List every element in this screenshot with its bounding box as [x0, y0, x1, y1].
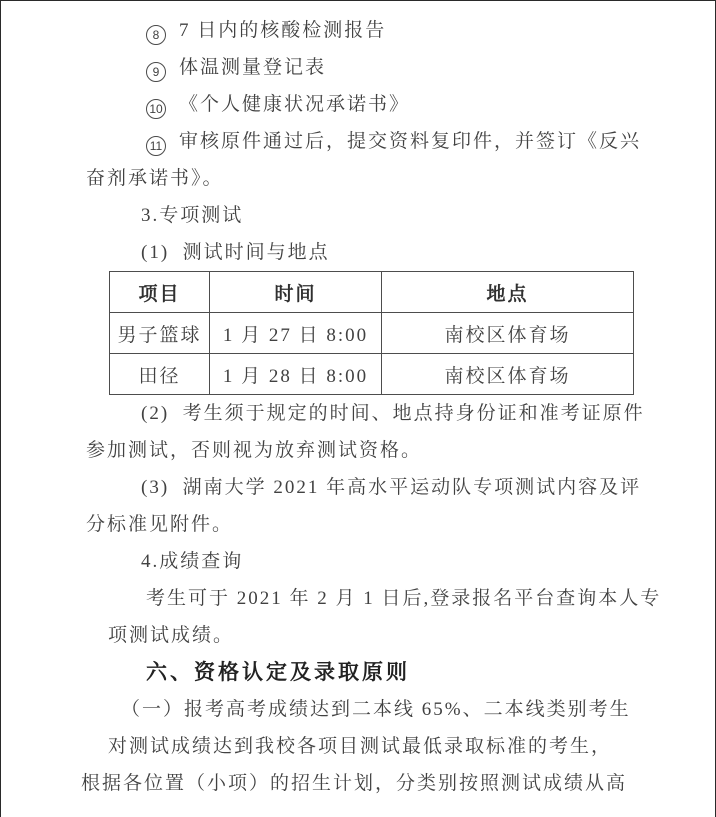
- subitem-1-title: (1) 测试时间与地点: [1, 234, 715, 271]
- table-cell-item: 田径: [110, 354, 210, 395]
- circled-number: 10: [146, 99, 166, 119]
- subitem-3-line: (3) 湖南大学 2021 年高水平运动队专项测试内容及评: [1, 469, 715, 506]
- paragraph-line: 考生可于 2021 年 2 月 1 日后,登录报名平台查询本人专: [1, 580, 715, 617]
- table-cell-item: 男子篮球: [110, 313, 210, 354]
- section-4-title: 4.成绩查询: [1, 543, 715, 580]
- paragraph-line: 项测试成绩。: [1, 617, 715, 654]
- circled-number: 9: [146, 62, 166, 82]
- checklist-item-9: 9体温测量登记表: [1, 49, 715, 86]
- table-header-location: 地点: [382, 272, 634, 313]
- checklist-item-text: 7 日内的核酸检测报告: [179, 20, 386, 41]
- table-header-time: 时间: [210, 272, 382, 313]
- section-3-title: 3.专项测试: [1, 197, 715, 234]
- circled-number: 8: [146, 25, 166, 45]
- checklist-item-text: 审核原件通过后，提交资料复印件，并签订《反兴: [179, 131, 641, 152]
- paragraph-line: 对测试成绩达到我校各项目测试最低录取标准的考生，: [1, 728, 715, 765]
- table-row: 田径 1 月 28 日 8:00 南校区体育场: [110, 354, 634, 395]
- checklist-item-10: 10《个人健康状况承诺书》: [1, 86, 715, 123]
- circled-number: 11: [146, 136, 166, 156]
- table-cell-location: 南校区体育场: [382, 354, 634, 395]
- table-header-item: 项目: [110, 272, 210, 313]
- table-cell-time: 1 月 27 日 8:00: [210, 313, 382, 354]
- table-row: 男子篮球 1 月 27 日 8:00 南校区体育场: [110, 313, 634, 354]
- paragraph-line: 参加测试，否则视为放弃测试资格。: [1, 432, 715, 469]
- subitem-2-line: (2) 考生须于规定的时间、地点持身份证和准考证原件: [1, 395, 715, 432]
- section-6-heading: 六、资格认定及录取原则: [1, 654, 715, 691]
- checklist-item-11: 11审核原件通过后，提交资料复印件，并签订《反兴: [1, 123, 715, 160]
- checklist-item-8: 87 日内的核酸检测报告: [1, 12, 715, 49]
- table-cell-location: 南校区体育场: [382, 313, 634, 354]
- checklist-item-text: 《个人健康状况承诺书》: [179, 94, 410, 115]
- table-header-row: 项目 时间 地点: [110, 272, 634, 313]
- paragraph-line: 根据各位置（小项）的招生计划，分类别按照测试成绩从高: [1, 765, 715, 802]
- paragraph-line: 奋剂承诺书》。: [1, 160, 715, 197]
- paragraph-line: 分标准见附件。: [1, 506, 715, 543]
- checklist-item-text: 体温测量登记表: [179, 57, 326, 78]
- test-schedule-table: 项目 时间 地点 男子篮球 1 月 27 日 8:00 南校区体育场 田径 1 …: [109, 271, 634, 395]
- document-content: 87 日内的核酸检测报告 9体温测量登记表 10《个人健康状况承诺书》 11审核…: [1, 1, 715, 802]
- document-page: 87 日内的核酸检测报告 9体温测量登记表 10《个人健康状况承诺书》 11审核…: [0, 0, 716, 817]
- paragraph-line: （一）报考高考成绩达到二本线 65%、二本线类别考生: [1, 691, 715, 728]
- table-cell-time: 1 月 28 日 8:00: [210, 354, 382, 395]
